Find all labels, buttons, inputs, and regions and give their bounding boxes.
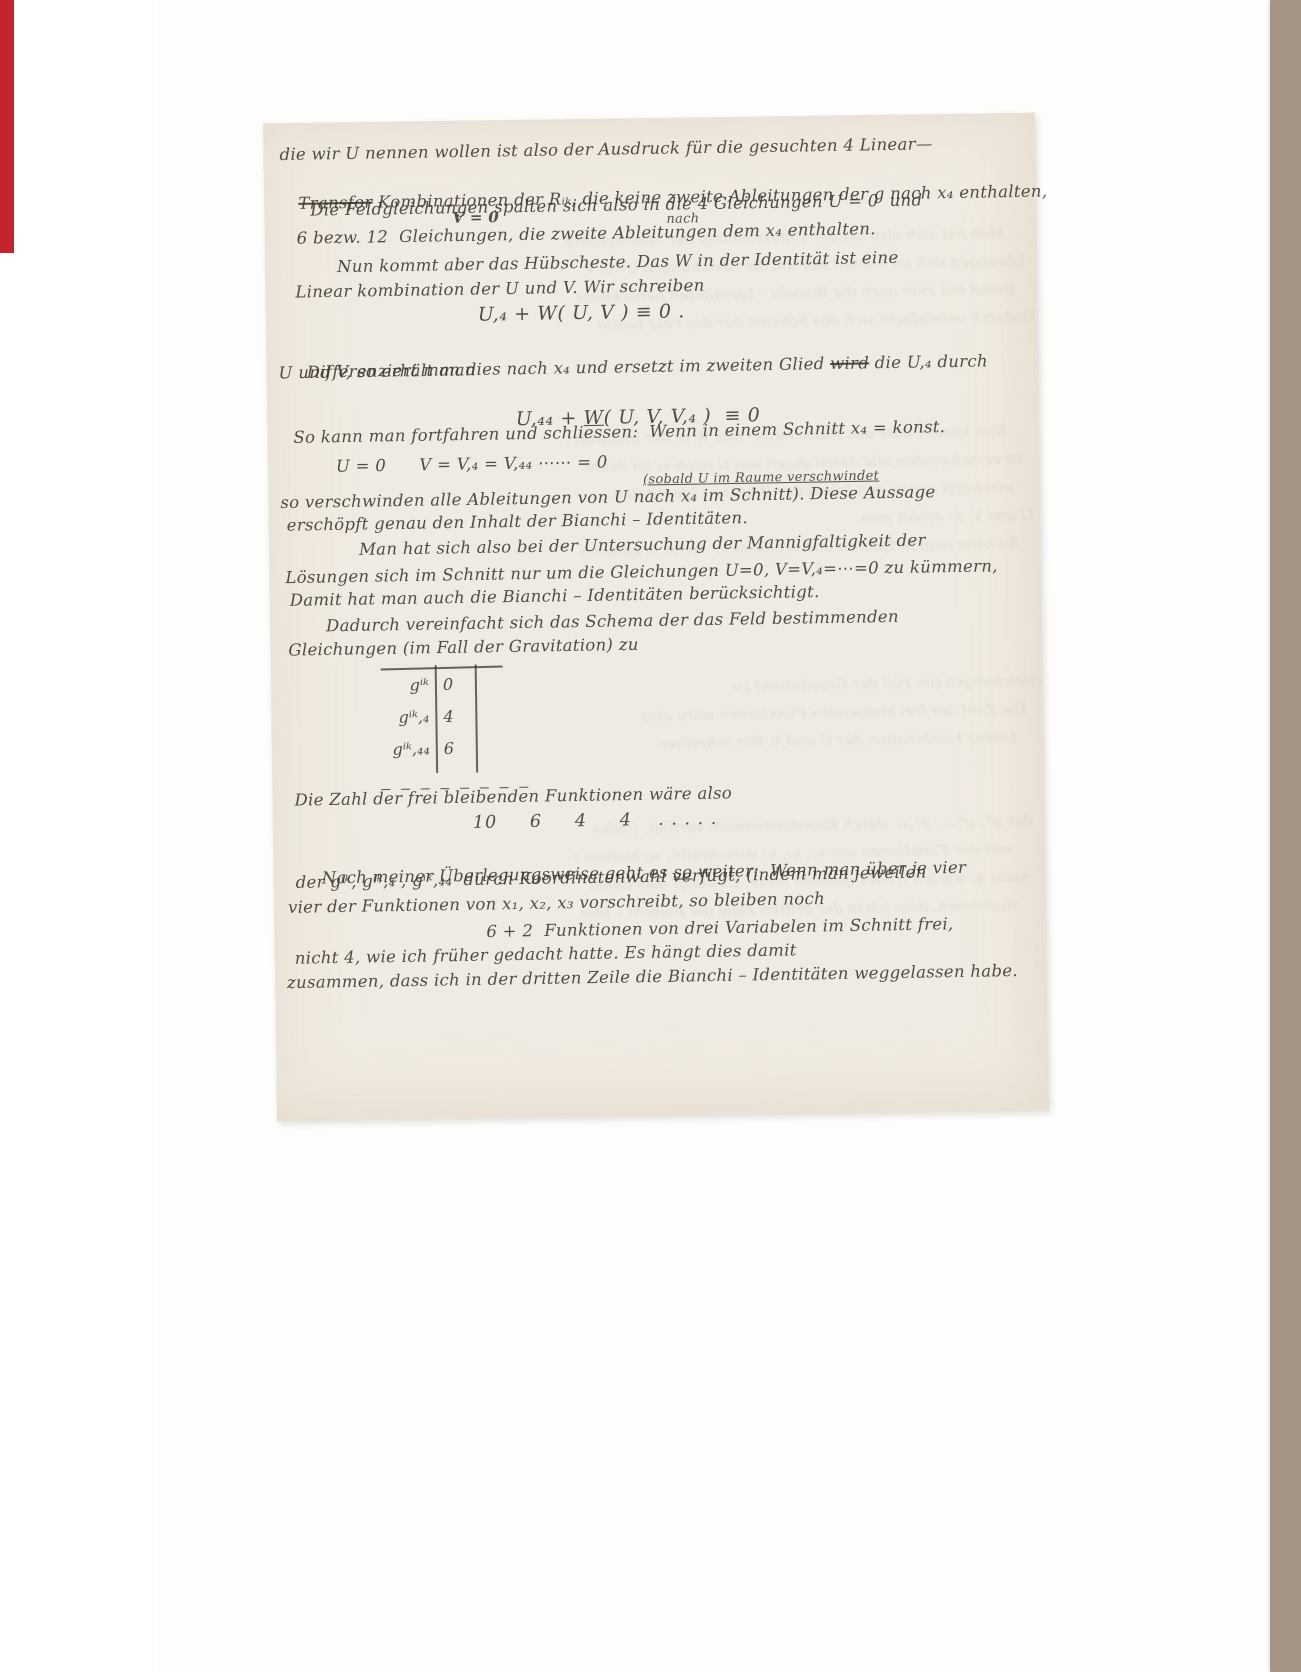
- manuscript-line-27: 6 + 2 Funktionen von drei Variabelen im …: [486, 913, 953, 943]
- line-text: die U,₄ durch: [869, 351, 988, 372]
- field-equation-count-table: gⁱᵏ 0 gⁱᵏ,₄ 4 gⁱᵏ,₄₄ 6: [389, 666, 522, 774]
- binder-edge-strip: [1270, 0, 1301, 1672]
- bleed-through-text: Linear kombination der U und V. Wir schr…: [577, 728, 1017, 760]
- manuscript-line-22: Die Zahl der frei bleibenden Funktionen …: [294, 782, 732, 811]
- bleed-through-text: Gleichungen (im Fall der Gravitation) zu: [601, 671, 1041, 703]
- table-top-rule: [381, 666, 503, 671]
- table-symbol: gⁱᵏ,₄₄: [390, 739, 430, 759]
- free-function-counts: 10 6 4 4 . . . . .: [473, 808, 718, 834]
- table-count: 6: [444, 739, 454, 758]
- equation-1: U,₄ + W( U, V ) ≡ 0 .: [478, 300, 686, 325]
- manuscript-page: Man hat sich also bei der Untersuchung d…: [263, 113, 1049, 1122]
- struck-word: wird: [830, 353, 869, 373]
- red-ribbon-edge: [0, 0, 14, 253]
- manuscript-line-9: U und V, so erhält man: [278, 359, 476, 384]
- table-symbol: gⁱᵏ,₄: [389, 707, 429, 727]
- manuscript-line-19: Dadurch vereinfacht sich das Schema der …: [326, 606, 899, 637]
- table-count: 0: [443, 675, 453, 694]
- manuscript-line-20: Gleichungen (im Fall der Gravitation) zu: [288, 634, 639, 662]
- table-count: 4: [443, 707, 453, 726]
- table-row: gⁱᵏ,₄ 4: [389, 706, 521, 734]
- table-symbol: gⁱᵏ: [389, 675, 429, 695]
- table-row: gⁱᵏ,₄₄ 6: [390, 738, 522, 766]
- bleed-through-text: Die Zahl der frei bleibenden Funktionen …: [586, 700, 1026, 732]
- manuscript-line-12: U = 0 V = V,₄ = V,₄₄ ⋯⋯ = 0: [336, 451, 608, 478]
- table-row: gⁱᵏ 0: [389, 674, 521, 702]
